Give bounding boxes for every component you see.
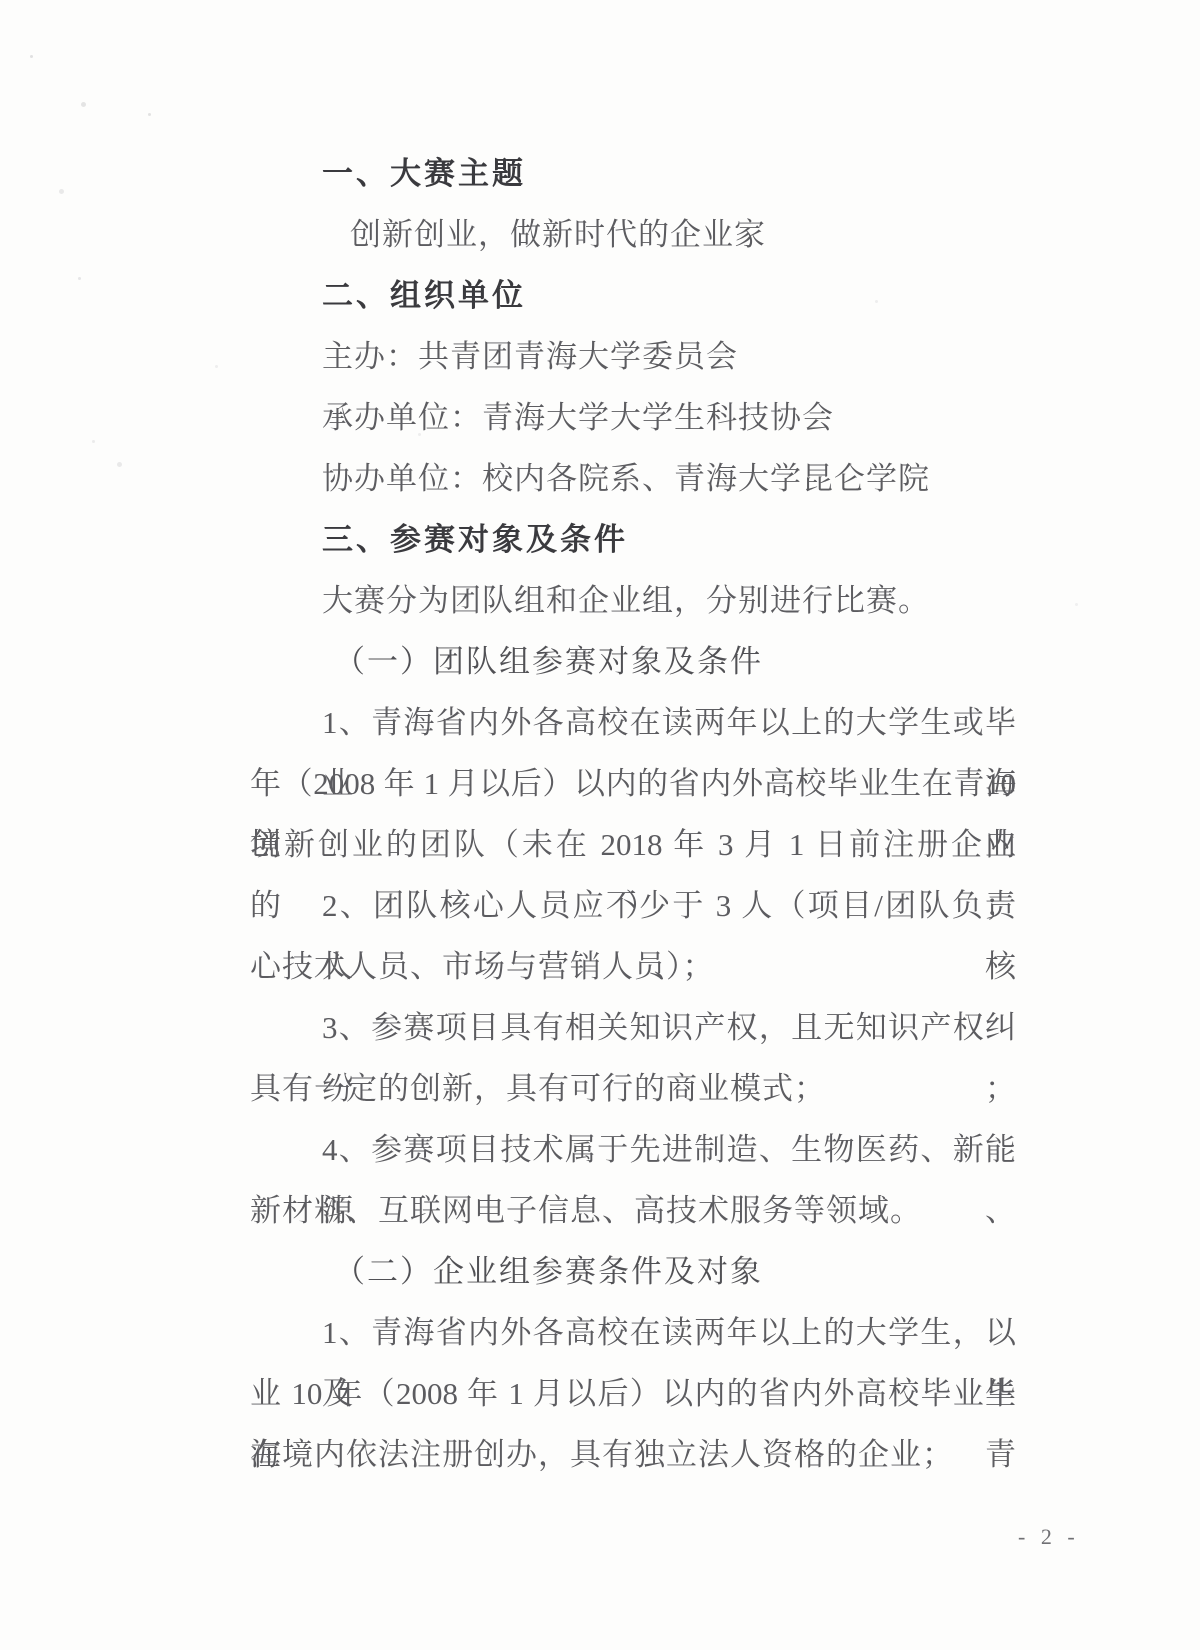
- text-line: （一）团队组参赛对象及条件: [250, 631, 1016, 692]
- text-line: 二、组织单位: [250, 265, 1016, 326]
- text-line: 新材料、互联网电子信息、高技术服务等领域。: [250, 1180, 1016, 1241]
- text-line: 承办单位：青海大学大学生科技协会: [250, 387, 1016, 448]
- scan-noise-speckles: [30, 55, 33, 58]
- text-line: 一、大赛主题: [250, 143, 1016, 204]
- text-line: 海境内依法注册创办，具有独立法人资格的企业；: [250, 1424, 1016, 1485]
- text-line: 创新创业，做新时代的企业家: [250, 204, 1016, 265]
- text-line: 协办单位：校内各院系、青海大学昆仑学院: [250, 448, 1016, 509]
- text-line: 创新创业的团队（未在 2018 年 3 月 1 日前注册企业的）；: [250, 814, 1016, 875]
- page-number: - 2 -: [1018, 1524, 1080, 1550]
- text-line: 年（2008 年 1 月以后）以内的省内外高校毕业生在青海境内: [250, 753, 1016, 814]
- text-line: 业 10 年（2008 年 1 月以后）以内的省内外高校毕业生在青: [250, 1363, 1016, 1424]
- document-body: 一、大赛主题创新创业，做新时代的企业家二、组织单位主办：共青团青海大学委员会承办…: [250, 143, 1016, 1485]
- text-line: 主办：共青团青海大学委员会: [250, 326, 1016, 387]
- text-line: 3、参赛项目具有相关知识产权，且无知识产权纠纷；: [250, 997, 1016, 1058]
- text-line: 2、团队核心人员应不少于 3 人（项目/团队负责人、核: [250, 875, 1016, 936]
- text-line: 4、参赛项目技术属于先进制造、生物医药、新能源、: [250, 1119, 1016, 1180]
- text-line: 三、参赛对象及条件: [250, 509, 1016, 570]
- document-page: 一、大赛主题创新创业，做新时代的企业家二、组织单位主办：共青团青海大学委员会承办…: [0, 0, 1200, 1650]
- text-line: 1、青海省内外各高校在读两年以上的大学生，以及毕: [250, 1302, 1016, 1363]
- text-line: （二）企业组参赛条件及对象: [250, 1241, 1016, 1302]
- text-line: 大赛分为团队组和企业组，分别进行比赛。: [250, 570, 1016, 631]
- text-line: 1、青海省内外各高校在读两年以上的大学生或毕业 10: [250, 692, 1016, 753]
